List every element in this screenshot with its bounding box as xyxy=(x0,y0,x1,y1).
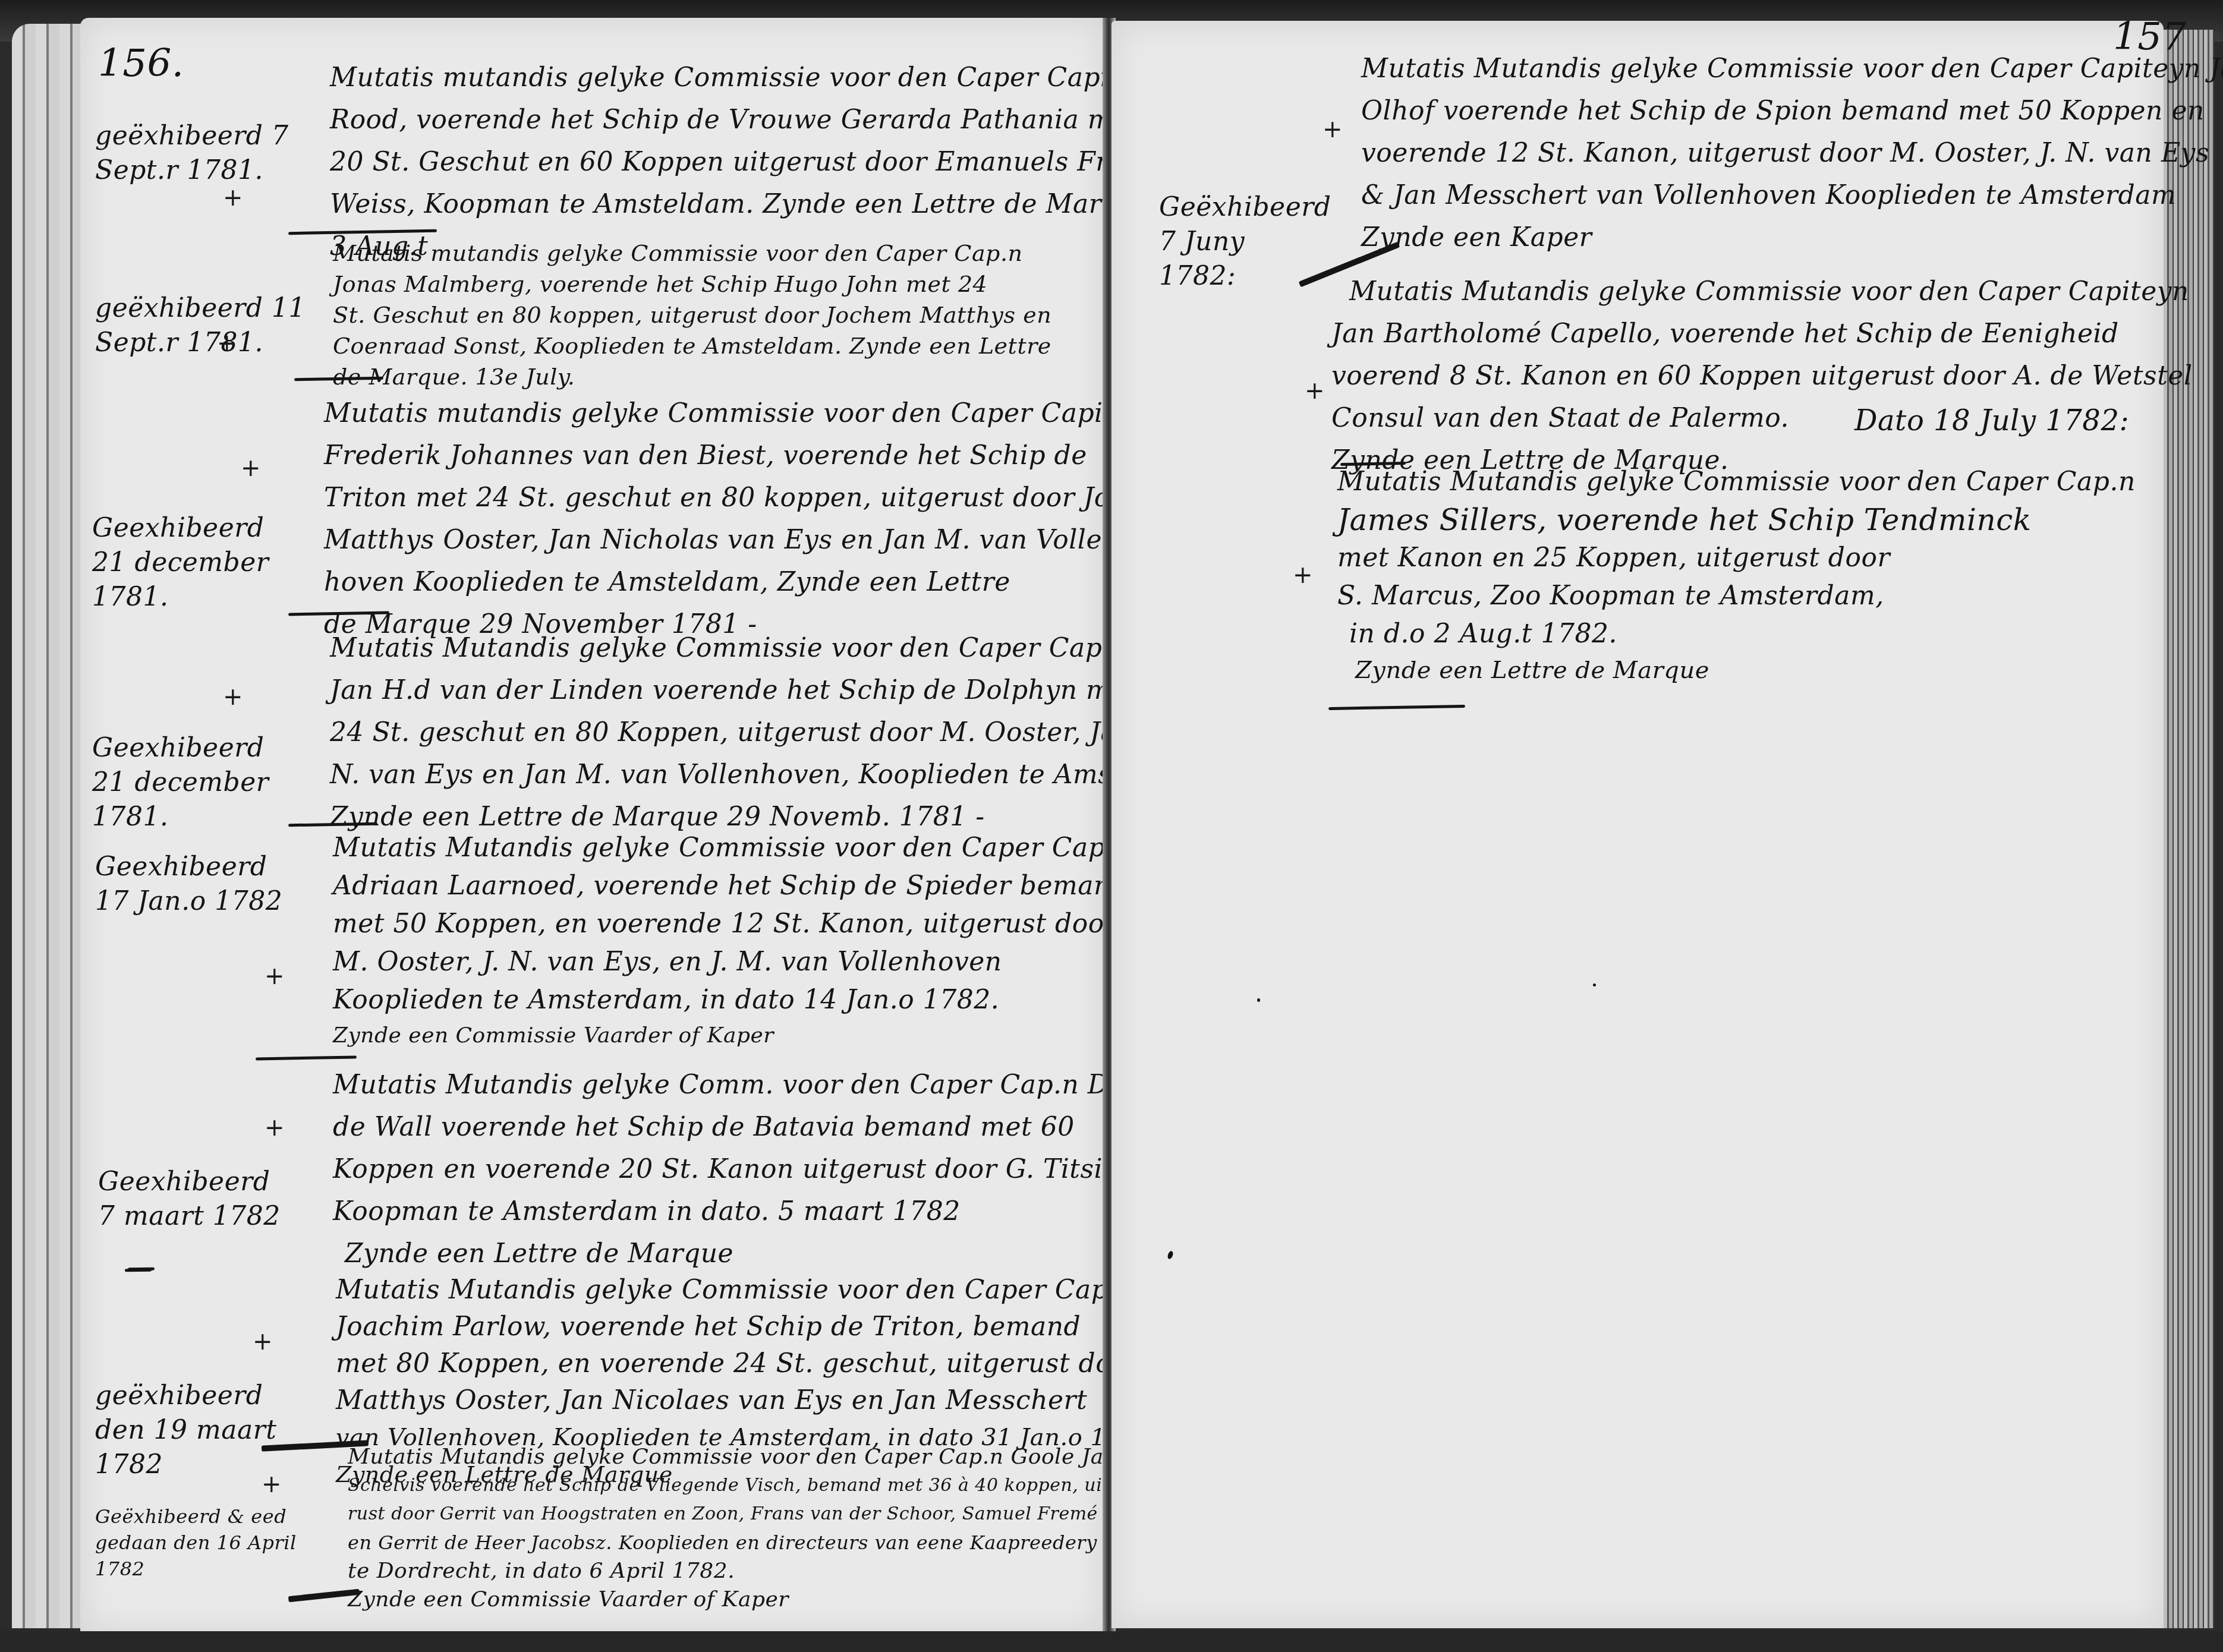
entry-line: Koppen en voerende 20 St. Kanon uitgerus… xyxy=(333,1148,1203,1190)
register-entry: Mutatis Mutandis gelyke Commissie voor d… xyxy=(348,1443,1148,1614)
left-page-edges xyxy=(12,24,83,1628)
margin-note: Geexhibeerd 17 Jan.o 1782 xyxy=(95,850,285,919)
register-entry: Mutatis Mutandis gelyke Commissie voor d… xyxy=(333,829,1131,1052)
entry-line: Mutatis Mutandis gelyke Commissie voor d… xyxy=(348,1443,1148,1471)
entry-line: Mutatis Mutandis gelyke Commissie voor d… xyxy=(1337,464,2136,500)
entry-line: voerend 8 St. Kanon en 60 Koppen uitgeru… xyxy=(1331,355,2192,397)
margin-note: Geexhibeerd 21 december 1781. xyxy=(92,511,282,614)
entry-line: Zynde een Lettre de Marque xyxy=(1355,652,2136,688)
entry-line: Triton met 24 St. geschut en 80 koppen, … xyxy=(324,477,1183,519)
entry-line: Zynde een Commissie Vaarder of Kaper xyxy=(348,1585,1148,1614)
entry-date: Dato 18 July 1782: xyxy=(1854,404,2129,437)
entry-line: Zynde een Kaper xyxy=(1361,216,2223,258)
margin-note: Geëxhibeerd 7 Juny 1782: xyxy=(1159,190,1325,294)
entry-line: M. Ooster, J. N. van Eys, en J. M. van V… xyxy=(333,943,1131,981)
entry-line: Matthys Ooster, Jan Nicholas van Eys en … xyxy=(324,519,1183,561)
entry-line: te Dordrecht, in dato 6 April 1782. xyxy=(348,1557,1148,1585)
entry-line: Coenraad Sonst, Kooplieden te Amsteldam.… xyxy=(333,330,1051,361)
entry-line: S. Marcus, Zoo Koopman te Amsterdam, xyxy=(1337,576,2136,616)
entry-line: in d.o 2 Aug.t 1782. xyxy=(1349,616,2136,652)
entry-line: Mutatis mutandis gelyke Commissie voor d… xyxy=(324,392,1183,434)
entry-line: Schelvis voerende het Schip de Vliegende… xyxy=(348,1471,1148,1500)
entry-line: Koopman te Amsterdam in dato. 5 maart 17… xyxy=(333,1190,1203,1232)
margin-note: geëxhibeerd 7 Sept.r 1781. xyxy=(95,119,333,188)
entry-line: met Kanon en 25 Koppen, uitgerust door xyxy=(1337,540,2136,576)
entry-line: Mutatis Mutandis gelyke Commissie voor d… xyxy=(333,829,1131,867)
entry-line: James Sillers, voerende het Schip Tendmi… xyxy=(1337,500,2136,540)
register-entry: Mutatis Mutandis gelyke Commissie voor d… xyxy=(1331,270,2192,481)
register-entry: Mutatis Mutandis gelyke Commissie voor d… xyxy=(330,627,1170,838)
entry-line: rust door Gerrit van Hoogstraten en Zoon… xyxy=(348,1500,1148,1528)
entry-line: Matthys Ooster, Jan Nicolaes van Eys en … xyxy=(336,1382,1160,1419)
cross-mark: + xyxy=(223,184,243,212)
ink-speck xyxy=(1593,983,1596,986)
entry-line: Zynde een Commissie Vaarder of Kaper xyxy=(333,1019,1131,1052)
entry-line: 24 St. geschut en 80 Koppen, uitgerust d… xyxy=(330,711,1170,754)
margin-note: geëxhibeerd den 19 maart 1782 xyxy=(95,1379,297,1482)
cross-mark: + xyxy=(1293,562,1313,589)
entry-line: Joachim Parlow, voerende het Schip de Tr… xyxy=(336,1309,1160,1345)
cross-mark: + xyxy=(265,1114,285,1142)
entry-line: Mutatis Mutandis gelyke Comm. voor den C… xyxy=(333,1064,1203,1106)
cross-mark: + xyxy=(241,455,261,482)
entry-line: met 80 Koppen, en voerende 24 St. geschu… xyxy=(336,1345,1160,1382)
entry-line: Kooplieden te Amsterdam, in dato 14 Jan.… xyxy=(333,981,1131,1019)
entry-line: hoven Kooplieden te Amsteldam, Zynde een… xyxy=(324,561,1183,603)
entry-line: St. Geschut en 80 koppen, uitgerust door… xyxy=(333,299,1051,330)
register-entry: Mutatis Mutandis gelyke Comm. voor den C… xyxy=(333,1064,1203,1275)
register-entry: Mutatis mutandis gelyke Commissie voor d… xyxy=(324,392,1183,645)
entry-line: Jan H.d van der Linden voerende het Schi… xyxy=(330,669,1170,711)
cross-mark: + xyxy=(217,330,237,357)
page-number-left: 156. xyxy=(98,42,184,86)
entry-line: Mutatis Mutandis gelyke Commissie voor d… xyxy=(1361,48,2223,90)
entry-line: Frederik Johannes van den Biest, voerend… xyxy=(324,434,1183,477)
cross-mark: + xyxy=(262,1471,282,1498)
cross-mark: + xyxy=(253,1328,273,1355)
entry-line: Mutatis mutandis gelyke Commissie voor d… xyxy=(333,238,1051,269)
entry-line: Mutatis Mutandis gelyke Commissie voor d… xyxy=(336,1272,1160,1309)
entry-line: met 50 Koppen, en voerende 12 St. Kanon,… xyxy=(333,905,1131,943)
entry-line: & Jan Messchert van Vollenhoven Kooplied… xyxy=(1361,174,2223,216)
entry-line: Jan Bartholomé Capello, voerende het Sch… xyxy=(1331,313,2192,355)
entry-line: voerende 12 St. Kanon, uitgerust door M.… xyxy=(1361,132,2223,174)
scan-background xyxy=(0,1631,2223,1652)
entry-line: de Marque. 13e July. xyxy=(333,361,1051,392)
cross-mark: + xyxy=(1305,377,1325,405)
entry-line: de Wall voerende het Schip de Batavia be… xyxy=(333,1106,1203,1148)
cross-mark: + xyxy=(1323,116,1343,143)
right-page-edges xyxy=(2164,30,2214,1628)
entry-line: Adriaan Laarnoed, voerende het Schip de … xyxy=(333,867,1131,905)
entry-line: Zynde een Lettre de Marque xyxy=(345,1232,1203,1275)
entry-separator xyxy=(125,1269,152,1272)
cross-mark: + xyxy=(223,683,243,711)
entry-line: Jonas Malmberg, voerende het Schip Hugo … xyxy=(333,269,1051,299)
entry-line: N. van Eys en Jan M. van Vollenhoven, Ko… xyxy=(330,754,1170,796)
register-entry: Mutatis Mutandis gelyke Commissie voor d… xyxy=(1361,48,2223,258)
entry-line: en Gerrit de Heer Jacobsz. Kooplieden en… xyxy=(348,1528,1148,1557)
margin-note: Geexhibeerd 21 december 1781. xyxy=(92,731,294,834)
register-entry: Mutatis mutandis gelyke Commissie voor d… xyxy=(333,238,1051,392)
margin-note: geëxhibeerd 11 Sept.r 1781. xyxy=(95,291,333,360)
entry-line: Olhof voerende het Schip de Spion bemand… xyxy=(1361,90,2223,132)
margin-note: Geëxhibeerd & eed gedaan den 16 April 17… xyxy=(95,1503,345,1582)
ink-speck xyxy=(1257,998,1260,1002)
margin-note: Geexhibeerd 7 maart 1782 xyxy=(98,1165,294,1234)
entry-line: Mutatis Mutandis gelyke Commissie voor d… xyxy=(330,627,1170,669)
register-entry: Mutatis Mutandis gelyke Commissie voor d… xyxy=(1337,464,2136,688)
cross-mark: + xyxy=(265,963,285,990)
entry-line: Mutatis Mutandis gelyke Commissie voor d… xyxy=(1349,270,2192,313)
